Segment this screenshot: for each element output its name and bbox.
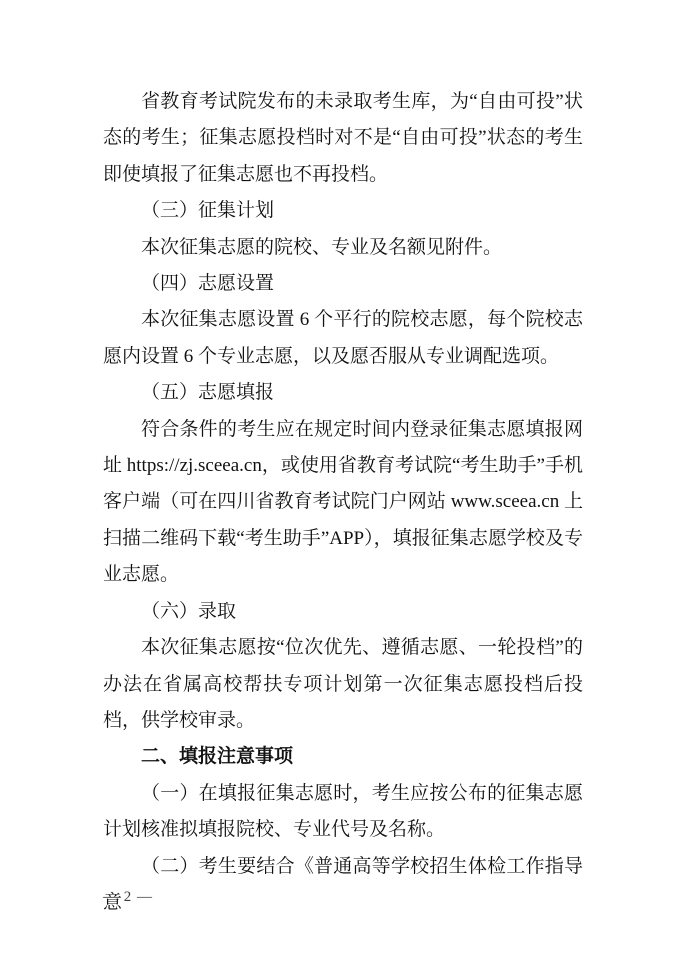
heading-admission: （六）录取 (103, 594, 583, 630)
paragraph-plan-attachment: 本次征集志愿的院校、专业及名额见附件。 (103, 230, 583, 266)
heading-preference-setting: （四）志愿设置 (103, 266, 583, 302)
heading-collection-plan: （三）征集计划 (103, 193, 583, 229)
page-number: — 2 — (103, 889, 153, 905)
document-page: 省教育考试院发布的未录取考生库，为“自由可投”状态的考生；征集志愿投档时对不是“… (0, 0, 680, 961)
paragraph-admission-rule: 本次征集志愿按“位次优先、遵循志愿、一轮投档”的办法在省属高校帮扶专项计划第一次… (103, 630, 583, 739)
paragraph-preference-setting: 本次征集志愿设置 6 个平行的院校志愿，每个院校志愿内设置 6 个专业志愿，以及… (103, 302, 583, 375)
paragraph-filling-website: 符合条件的考生应在规定时间内登录征集志愿填报网址 https://zj.scee… (103, 412, 583, 594)
heading-preference-filling: （五）志愿填报 (103, 375, 583, 411)
paragraph-unrecorded-candidates: 省教育考试院发布的未录取考生库，为“自由可投”状态的考生；征集志愿投档时对不是“… (103, 84, 583, 193)
document-body: 省教育考试院发布的未录取考生库，为“自由可投”状态的考生；征集志愿投档时对不是“… (103, 84, 583, 921)
page-footer: — 2 — (103, 889, 153, 906)
paragraph-note-2-truncated: （二）考生要结合《普通高等学校招生体检工作指导意 (103, 849, 583, 922)
heading-filling-notes: 二、填报注意事项 (103, 739, 583, 775)
paragraph-note-1: （一）在填报征集志愿时，考生应按公布的征集志愿计划核准拟填报院校、专业代号及名称… (103, 776, 583, 849)
